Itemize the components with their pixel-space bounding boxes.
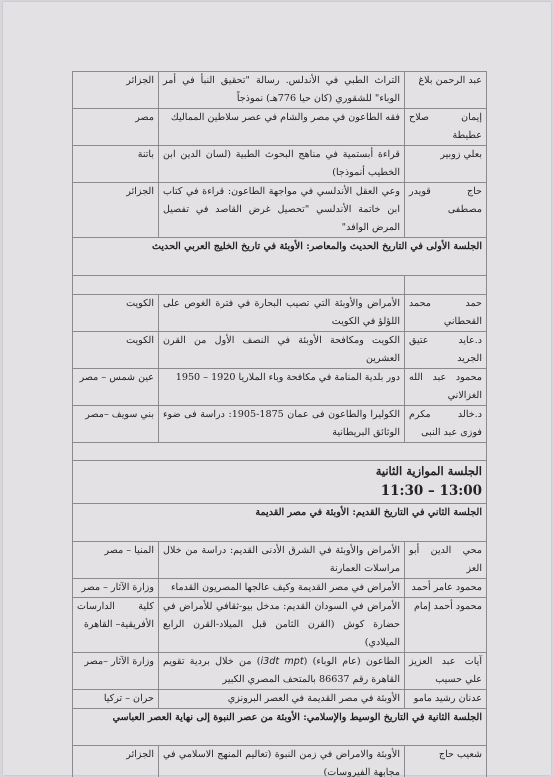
section-header-row: الجلسة الثاني في التاريخ القديم: الأوبئة… [73, 504, 487, 542]
paper-title: فقه الطاعون في مصر والشام في عصر سلاطين … [159, 109, 405, 146]
document-page: عبد الرحمن بلاغ التراث الطبي في الأندلس.… [3, 2, 551, 775]
paper-title-pre: الطاعون (عام الوباء) ( [304, 656, 400, 667]
table-row: محي الدين أبو العز الأمراض والأوبئة في ا… [73, 542, 487, 579]
table-row: بعلي زوبير قراءة أبستمية في مناهج البحوث… [73, 146, 487, 183]
speaker-name: د.عايد عتيق الجريد [405, 332, 487, 369]
empty-cell [73, 443, 487, 461]
affiliation: عين شمس – مصر [73, 369, 159, 406]
paper-title: الأمراض والأوبئة التي تصيب البحارة في فت… [159, 295, 405, 332]
paper-title: الطاعون (عام الوباء) (i3dt mpt) من خلال … [159, 653, 405, 690]
empty-row [73, 443, 487, 461]
table-row: عدنان رشيد مامو الأوبئة في مصر القديمة ف… [73, 690, 487, 709]
speaker-name: محمود أحمد إمام [405, 598, 487, 653]
affiliation: الكويت [73, 332, 159, 369]
affiliation: باتنة [73, 146, 159, 183]
table-row: آيات عبد العزيز علي حسيب الطاعون (عام ال… [73, 653, 487, 690]
empty-cell [405, 276, 487, 295]
section-heading: الجلسة الثانية في التاريخ الوسيط والإسلا… [73, 709, 487, 746]
paper-title: الأوبئة في مصر القديمة في العصر البرونزي [159, 690, 405, 709]
paper-title: الأمراض في مصر القديمة وكيف عالجها المصر… [159, 579, 405, 598]
table-row: حمد محمد القحطاني الأمراض والأوبئة التي … [73, 295, 487, 332]
session-title: الجلسة الموازية الثانية [77, 461, 482, 481]
table-row: إيمان صلاح عطيطة فقه الطاعون في مصر والش… [73, 109, 487, 146]
paper-title: الأمراض في السودان القديم: مدخل بيو-ثقاف… [159, 598, 405, 653]
conference-schedule-table: عبد الرحمن بلاغ التراث الطبي في الأندلس.… [72, 71, 487, 777]
table-row: د.عايد عتيق الجريد الكويت ومكافحة الأوبئ… [73, 332, 487, 369]
section-heading: الجلسة الثاني في التاريخ القديم: الأوبئة… [73, 504, 487, 542]
paper-title-italic: i3dt mpt [261, 656, 304, 667]
paper-title: الأمراض والأوبئة في الشرق الأدنى القديم:… [159, 542, 405, 579]
paper-title: وعي العقل الأندلسي في مواجهة الطاعون: قر… [159, 183, 405, 238]
speaker-name: د.خالد مكرم فوزى عبد النبى [405, 406, 487, 443]
affiliation: حران – تركيا [73, 690, 159, 709]
affiliation: وزارة الآثار – مصر [73, 579, 159, 598]
table-row: محمود أحمد إمام الأمراض في السودان القدي… [73, 598, 487, 653]
speaker-name: حمد محمد القحطاني [405, 295, 487, 332]
table-row: حاج قويدر مصطفى وعي العقل الأندلسي في مو… [73, 183, 487, 238]
speaker-name: آيات عبد العزيز علي حسيب [405, 653, 487, 690]
paper-title: قراءة أبستمية في مناهج البحوث الطبية (لس… [159, 146, 405, 183]
table-row: محمود عبد الله الغزالاني دور بلدية المنا… [73, 369, 487, 406]
section-header-row: الجلسة الثانية في التاريخ الوسيط والإسلا… [73, 709, 487, 746]
paper-title: الأوبئة والامراض في زمن النبوة (تعاليم ا… [159, 746, 405, 777]
session-time: 11:30 – 13:00 [77, 481, 482, 501]
empty-cell [73, 276, 405, 295]
session-title-cell: الجلسة الموازية الثانية 11:30 – 13:00 [73, 461, 487, 504]
empty-row [73, 276, 487, 295]
speaker-name: محمود عامر أحمد [405, 579, 487, 598]
affiliation: مصر [73, 109, 159, 146]
affiliation: الجزائر [73, 183, 159, 238]
affiliation: الكويت [73, 295, 159, 332]
affiliation: بني سويف –مصر [73, 406, 159, 443]
speaker-name: شعيب حاج [405, 746, 487, 777]
speaker-name: حاج قويدر مصطفى [405, 183, 487, 238]
session-title-row: الجلسة الموازية الثانية 11:30 – 13:00 [73, 461, 487, 504]
table-row: د.خالد مكرم فوزى عبد النبى الكوليرا والط… [73, 406, 487, 443]
paper-title: الكويت ومكافحة الأوبئة في النصف الأول من… [159, 332, 405, 369]
paper-title: الكوليرا والطاعون فى عمان 1875-1905: درا… [159, 406, 405, 443]
speaker-name: إيمان صلاح عطيطة [405, 109, 487, 146]
affiliation: الجزائر [73, 72, 159, 109]
table-row: محمود عامر أحمد الأمراض في مصر القديمة و… [73, 579, 487, 598]
table-row: عبد الرحمن بلاغ التراث الطبي في الأندلس.… [73, 72, 487, 109]
paper-title: دور بلدية المنامة في مكافحة وباء الملاري… [159, 369, 405, 406]
section-heading: الجلسة الأولى في التاريخ الحديث والمعاصر… [73, 238, 487, 276]
paper-title: التراث الطبي في الأندلس. رسالة "تحقيق ال… [159, 72, 405, 109]
speaker-name: عبد الرحمن بلاغ [405, 72, 487, 109]
speaker-name: محي الدين أبو العز [405, 542, 487, 579]
speaker-name: بعلي زوبير [405, 146, 487, 183]
affiliation: كلية الدارسات الأفريقية– القاهرة [73, 598, 159, 653]
speaker-name: محمود عبد الله الغزالاني [405, 369, 487, 406]
affiliation: الجزائر [73, 746, 159, 777]
affiliation: وزارة الآثار –مصر [73, 653, 159, 690]
section-header-row: الجلسة الأولى في التاريخ الحديث والمعاصر… [73, 238, 487, 276]
speaker-name: عدنان رشيد مامو [405, 690, 487, 709]
table-row: شعيب حاج الأوبئة والامراض في زمن النبوة … [73, 746, 487, 777]
affiliation: المنيا – مصر [73, 542, 159, 579]
